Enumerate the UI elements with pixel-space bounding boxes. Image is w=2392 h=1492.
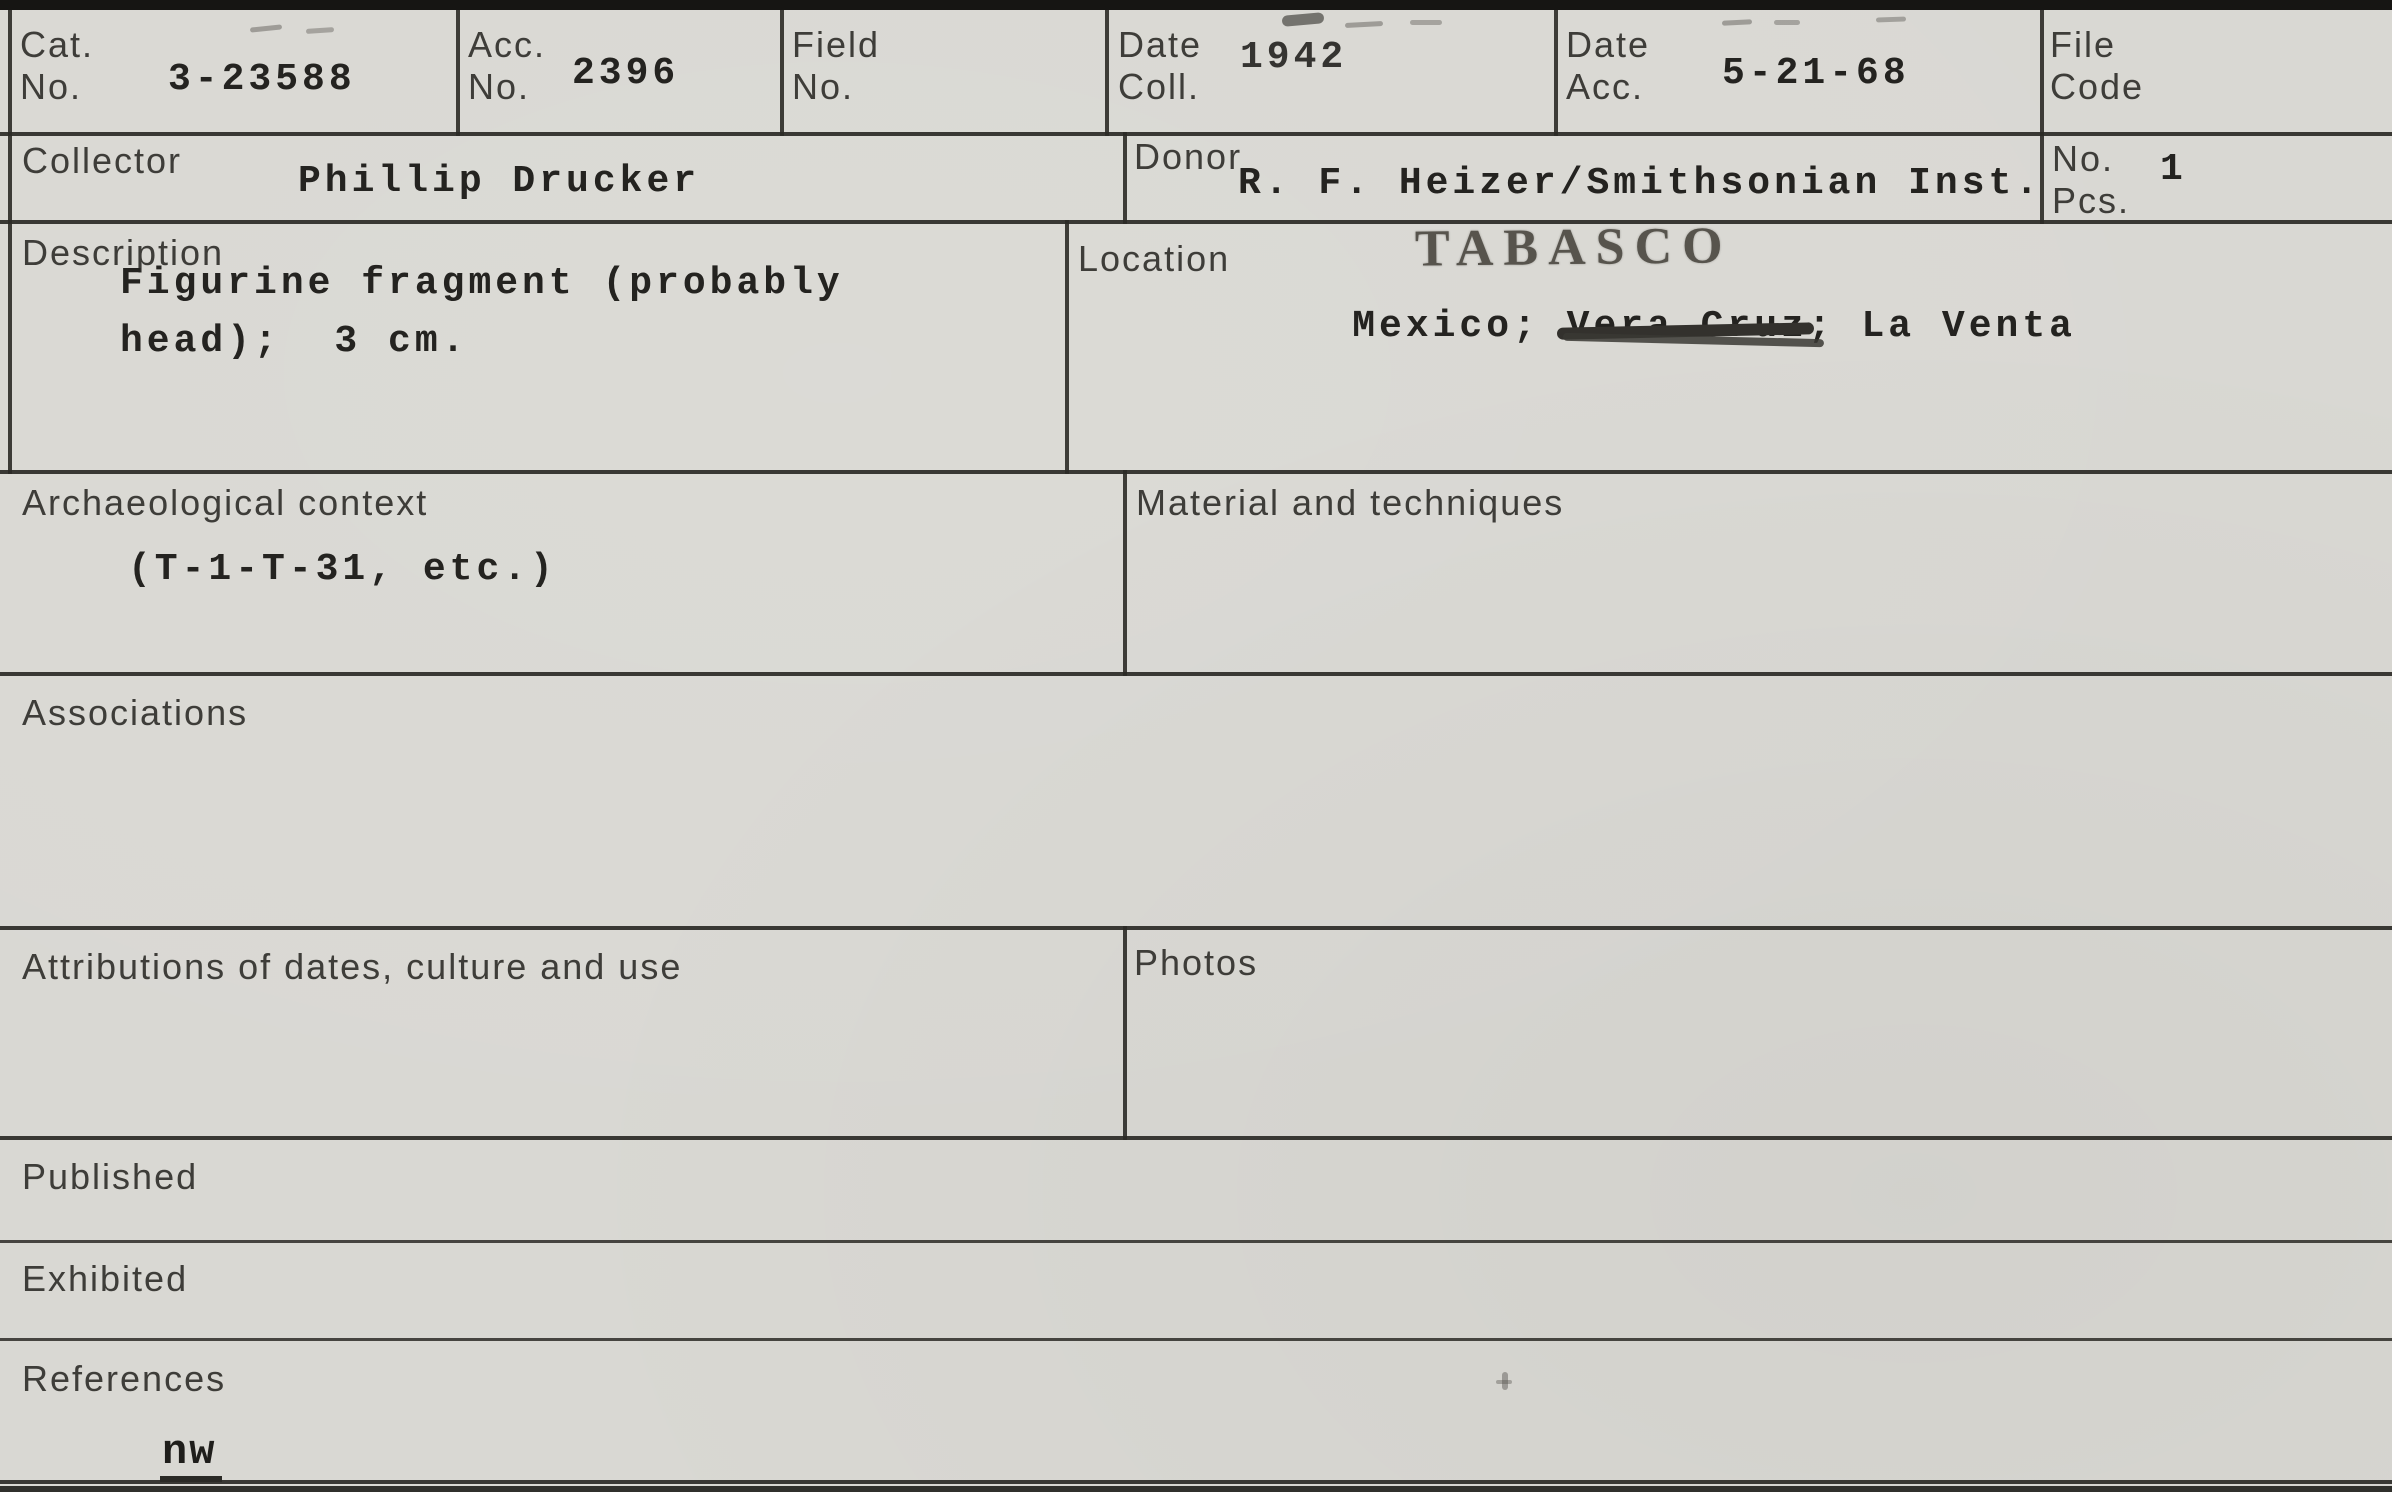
pencil-mark xyxy=(1876,16,1906,22)
pencil-mark xyxy=(306,27,334,34)
date-coll-label: Date Coll. xyxy=(1118,24,1202,109)
rule-row2-bottom xyxy=(0,220,2392,224)
collector-value: Phillip Drucker xyxy=(298,160,700,203)
date-coll-value: 1942 xyxy=(1240,36,1347,79)
associations-label: Associations xyxy=(22,692,248,734)
rule-acc-field xyxy=(780,10,784,136)
published-label: Published xyxy=(22,1156,198,1198)
rule-dateacc-filecode xyxy=(2040,10,2044,136)
small-smudge xyxy=(1496,1380,1512,1384)
no-pcs-value: 1 xyxy=(2160,148,2187,191)
description-value-line1: Figurine fragment (probably xyxy=(120,262,844,305)
date-acc-value: 5-21-68 xyxy=(1722,52,1910,95)
rule-row3-bottom xyxy=(0,470,2392,474)
ink-smudge xyxy=(1282,12,1325,27)
rule-description-location xyxy=(1065,220,1069,474)
location-value: Mexico; Vera Cruz; La Venta xyxy=(1245,262,2076,391)
location-struck-text: Vera Cruz xyxy=(1567,305,1808,348)
rule-row5-bottom xyxy=(0,926,2392,930)
rule-row9-bottom xyxy=(0,1480,2392,1484)
scan-edge-top xyxy=(0,0,2392,10)
rule-row4-bottom xyxy=(0,672,2392,676)
cat-no-label: Cat. No. xyxy=(20,24,94,109)
rule-row8-bottom xyxy=(0,1338,2392,1341)
pencil-mark xyxy=(250,24,282,32)
rule-context-material xyxy=(1123,470,1127,676)
rule-collector-donor xyxy=(1123,132,1127,224)
field-no-label: Field No. xyxy=(792,24,880,109)
location-label: Location xyxy=(1078,238,1230,280)
catalog-card: Cat. No. 3-23588 Acc. No. 2396 Field No.… xyxy=(0,0,2392,1492)
location-text-prefix: Mexico; xyxy=(1352,305,1566,348)
cat-no-value: 3-23588 xyxy=(168,58,356,101)
exhibited-label: Exhibited xyxy=(22,1258,188,1300)
donor-label: Donor xyxy=(1134,136,1242,178)
pencil-mark xyxy=(1774,20,1800,25)
references-label: References xyxy=(22,1358,226,1400)
file-code-label: File Code xyxy=(2050,24,2144,109)
pencil-mark xyxy=(1722,19,1752,26)
rule-row6-bottom xyxy=(0,1136,2392,1140)
donor-value: R. F. Heizer/Smithsonian Inst. xyxy=(1238,162,2042,205)
rule-row7-bottom xyxy=(0,1240,2392,1243)
rule-cat-acc xyxy=(456,10,460,136)
rule-datecoll-dateacc xyxy=(1554,10,1558,136)
pencil-mark xyxy=(1410,20,1442,25)
description-value-line2: head); 3 cm. xyxy=(120,320,468,363)
scan-edge-bottom xyxy=(0,1486,2392,1492)
acc-no-label: Acc. No. xyxy=(468,24,546,109)
cataloguer-initials-note: nw xyxy=(160,1428,222,1482)
date-acc-label: Date Acc. xyxy=(1566,24,1650,109)
rule-left-border xyxy=(8,10,12,474)
material-techniques-label: Material and techniques xyxy=(1136,482,1564,524)
rule-attributions-photos xyxy=(1123,926,1127,1140)
archaeological-context-value: (T-1-T-31, etc.) xyxy=(128,548,557,591)
acc-no-value: 2396 xyxy=(572,52,679,95)
collector-label: Collector xyxy=(22,140,182,182)
rule-field-datecoll xyxy=(1105,10,1109,136)
photos-label: Photos xyxy=(1134,942,1258,984)
location-text-suffix: ; La Venta xyxy=(1808,305,2076,348)
attributions-label: Attributions of dates, culture and use xyxy=(22,946,682,988)
no-pcs-label: No. Pcs. xyxy=(2052,138,2130,223)
archaeological-context-label: Archaeological context xyxy=(22,482,428,524)
pencil-mark xyxy=(1345,21,1383,28)
